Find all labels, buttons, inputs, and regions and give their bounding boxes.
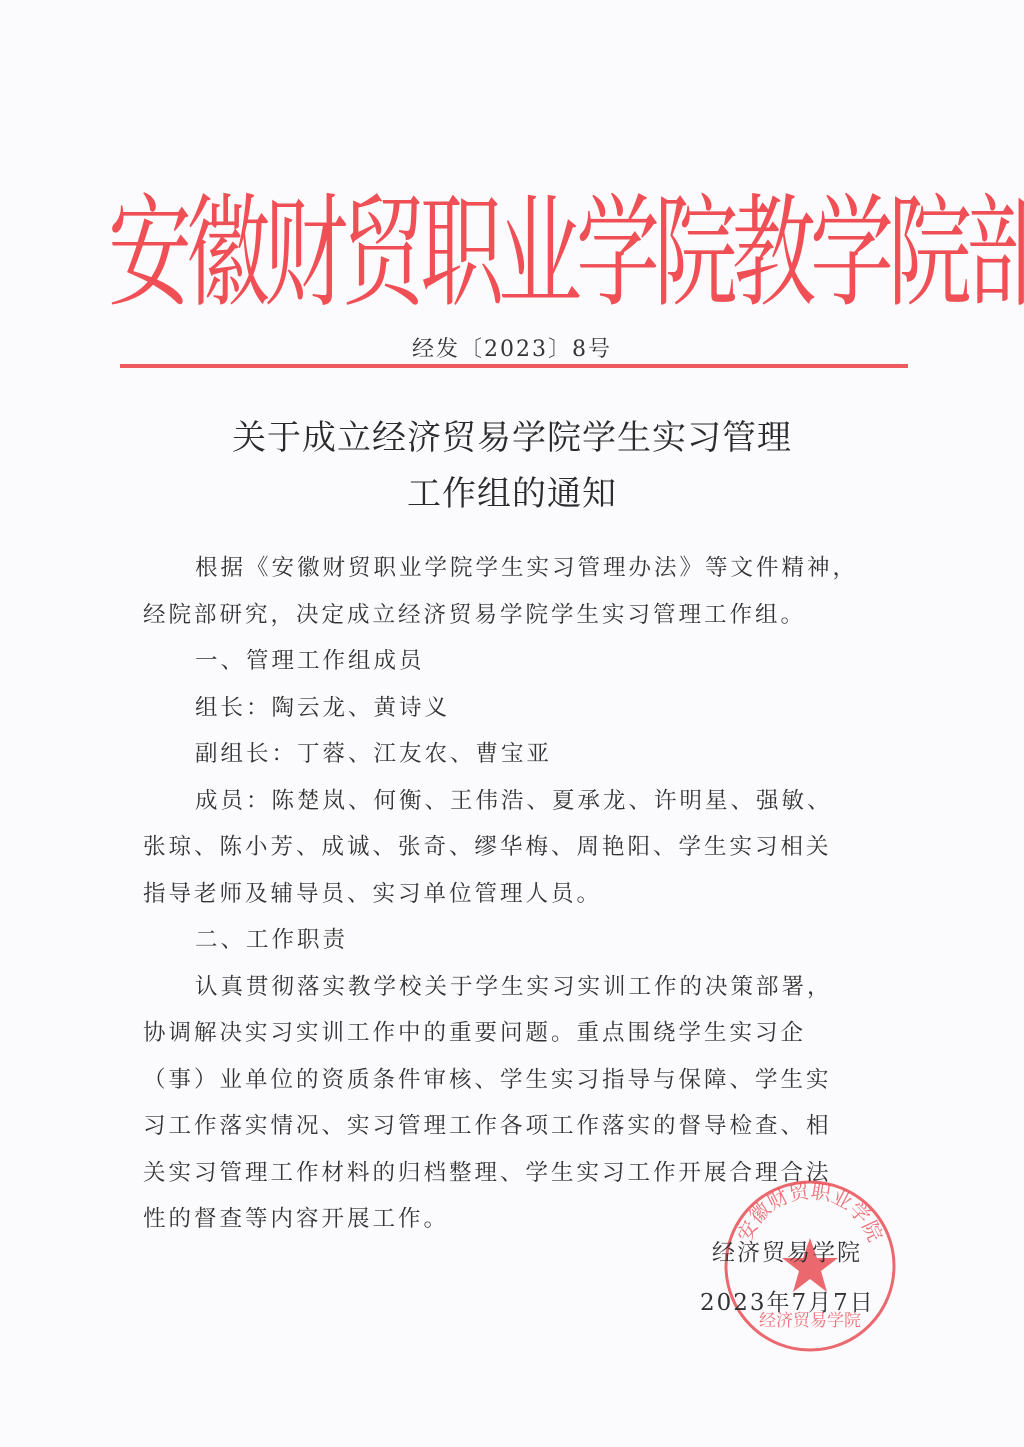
duties-line-3: （事）业单位的资质条件审核、学生实习指导与保障、学生实: [143, 1057, 893, 1104]
signature-org: 经济贸易学院: [700, 1228, 930, 1278]
document-number: 经发〔2023〕8号: [0, 332, 1024, 363]
notice-title: 关于成立经济贸易学院学生实习管理 工作组的通知: [0, 410, 1024, 522]
section-1-heading: 一、管理工作组成员: [143, 638, 893, 685]
leaders-line: 组长：陶云龙、黄诗义: [143, 685, 893, 732]
title-line-2: 工作组的通知: [0, 466, 1024, 522]
intro-line-1: 根据《安徽财贸职业学院学生实习管理办法》等文件精神，: [143, 545, 893, 592]
signature-block: 经济贸易学院 2023年7月7日: [700, 1228, 930, 1328]
masthead-title: 安徽财贸职业学院教学院部文件: [108, 144, 918, 362]
duties-line-2: 协调解决实习实训工作中的重要问题。重点围绕学生实习企: [143, 1010, 893, 1057]
members-line-1: 成员：陈楚岚、何衡、王伟浩、夏承龙、许明星、强敏、: [143, 778, 893, 825]
members-line-3: 指导老师及辅导员、实习单位管理人员。: [143, 871, 893, 918]
intro-line-2: 经院部研究，决定成立经济贸易学院学生实习管理工作组。: [143, 592, 893, 639]
duties-line-1: 认真贯彻落实教学校关于学生实习实训工作的决策部署，: [143, 964, 893, 1011]
members-line-2: 张琼、陈小芳、成诚、张奇、缪华梅、周艳阳、学生实习相关: [143, 824, 893, 871]
red-divider-line: [120, 364, 908, 368]
notice-body: 根据《安徽财贸职业学院学生实习管理办法》等文件精神， 经院部研究，决定成立经济贸…: [143, 545, 893, 1243]
section-2-heading: 二、工作职责: [143, 917, 893, 964]
duties-line-4: 习工作落实情况、实习管理工作各项工作落实的督导检查、相: [143, 1103, 893, 1150]
title-line-1: 关于成立经济贸易学院学生实习管理: [0, 410, 1024, 466]
deputy-leaders-line: 副组长：丁蓉、江友农、曹宝亚: [143, 731, 893, 778]
signature-date: 2023年7月7日: [700, 1278, 930, 1328]
